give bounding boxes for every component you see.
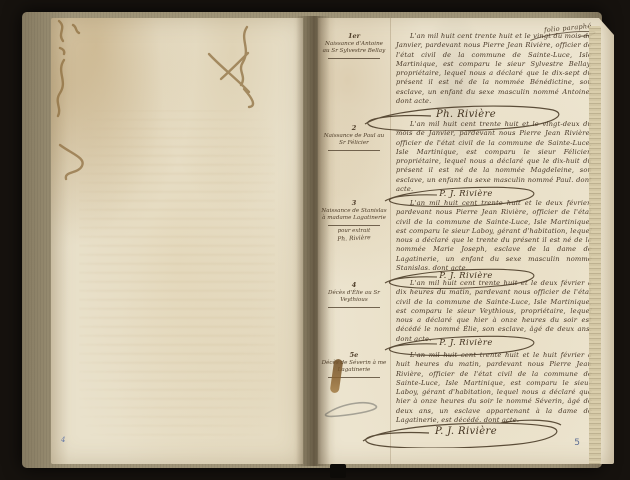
blank-verso-page: 4	[51, 18, 303, 464]
page-edge-stack	[589, 26, 601, 464]
ink-squiggle-marks	[51, 18, 303, 464]
pencil-smudge	[318, 18, 614, 464]
page-number: 5	[574, 438, 580, 448]
spine-notch	[330, 464, 346, 478]
archival-scan: 4 folio paraphé 1er Naissance d'Antoine …	[0, 0, 630, 480]
register-book: 4 folio paraphé 1er Naissance d'Antoine …	[22, 12, 602, 468]
recto-page: folio paraphé 1er Naissance d'Antoine au…	[318, 18, 614, 464]
pencil-mark: 4	[61, 436, 65, 444]
